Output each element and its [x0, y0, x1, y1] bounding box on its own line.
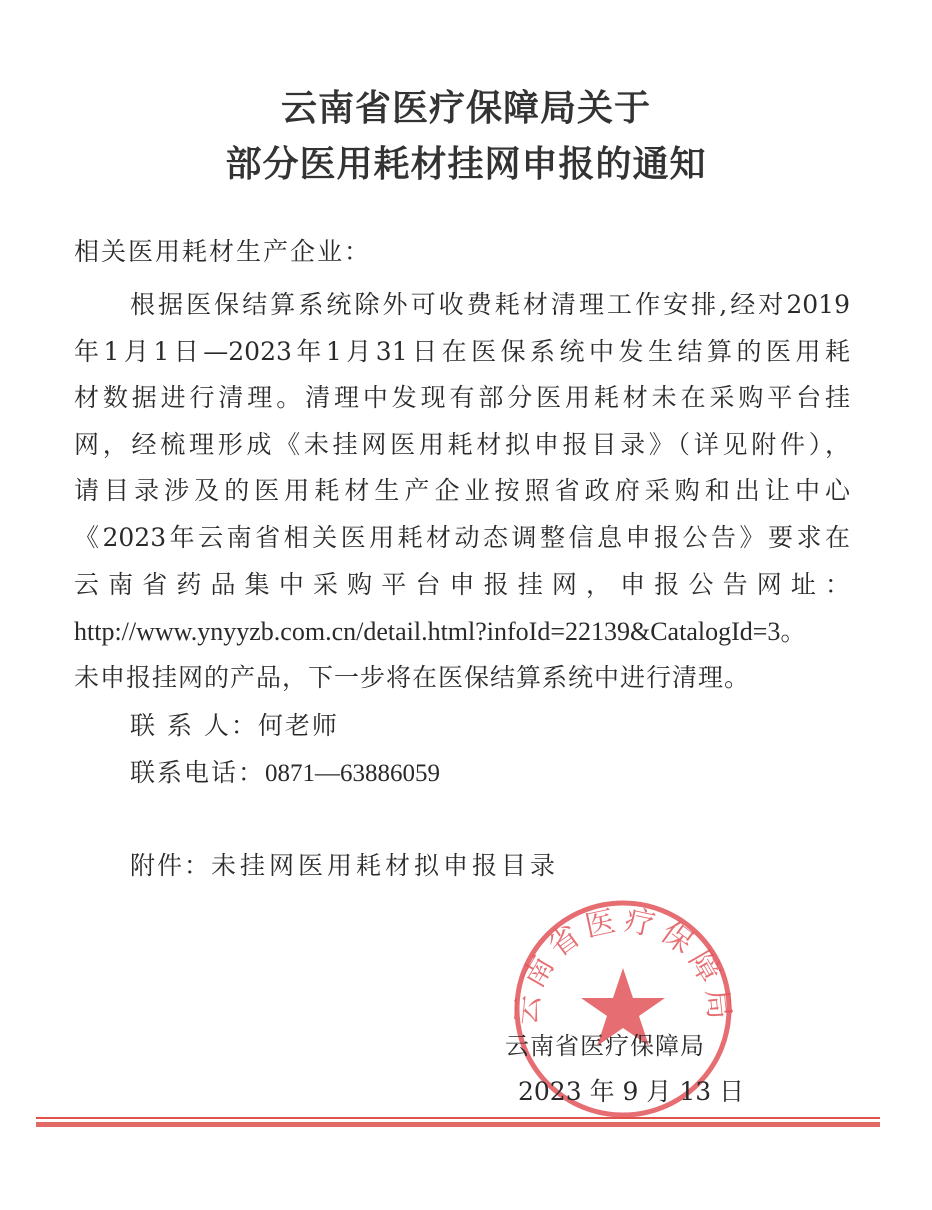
footer-rule-thick: [36, 1122, 880, 1127]
contact-person-name: 何老师: [258, 711, 339, 740]
signature-organization: 云南省医疗保障局: [505, 1026, 705, 1061]
body-line-7: 云南省药品集中采购平台申报挂网，申报公告网址：: [74, 565, 850, 601]
body-line-1: 根据医保结算系统除外可收费耗材清理工作安排,经对2019: [130, 285, 850, 321]
attachment-row: 附件：未挂网医用耗材拟申报目录: [130, 846, 559, 882]
contact-phone-number: 0871—63886059: [265, 760, 440, 787]
contact-phone-label: 联系电话：: [130, 758, 265, 787]
body-line-4: 网，经梳理形成《未挂网医用耗材拟申报目录》（详见附件），: [74, 425, 850, 461]
contact-phone-row: 联系电话：0871—63886059: [130, 753, 440, 789]
signature-date: 2023 年 9 月 13 日: [518, 1072, 744, 1108]
salutation: 相关医用耗材生产企业：: [74, 232, 371, 268]
footer-rule-thin: [36, 1117, 880, 1119]
contact-person-row: 联 系 人：何老师: [130, 706, 339, 742]
document-title-line2: 部分医用耗材挂网申报的通知: [0, 136, 932, 187]
body-line-6: 《2023年云南省相关医用耗材动态调整信息申报公告》要求在: [74, 518, 850, 554]
announcement-url[interactable]: http://www.ynyyzb.com.cn/detail.html?inf…: [74, 611, 806, 648]
attachment-title: 未挂网医用耗材拟申报目录: [211, 851, 559, 880]
attachment-label: 附件：: [130, 851, 211, 880]
contact-person-label: 联 系 人：: [130, 711, 258, 740]
body-line-5: 请目录涉及的医用耗材生产企业按照省政府采购和出让中心: [74, 471, 850, 507]
body-line-3: 材数据进行清理。清理中发现有部分医用耗材未在采购平台挂: [74, 378, 850, 414]
body-line-9: 未申报挂网的产品，下一步将在医保结算系统中进行清理。: [74, 658, 750, 694]
body-line-2: 年1月1日—2023年1月31日在医保系统中发生结算的医用耗: [74, 332, 850, 368]
document-title-line1: 云南省医疗保障局关于: [0, 80, 932, 131]
